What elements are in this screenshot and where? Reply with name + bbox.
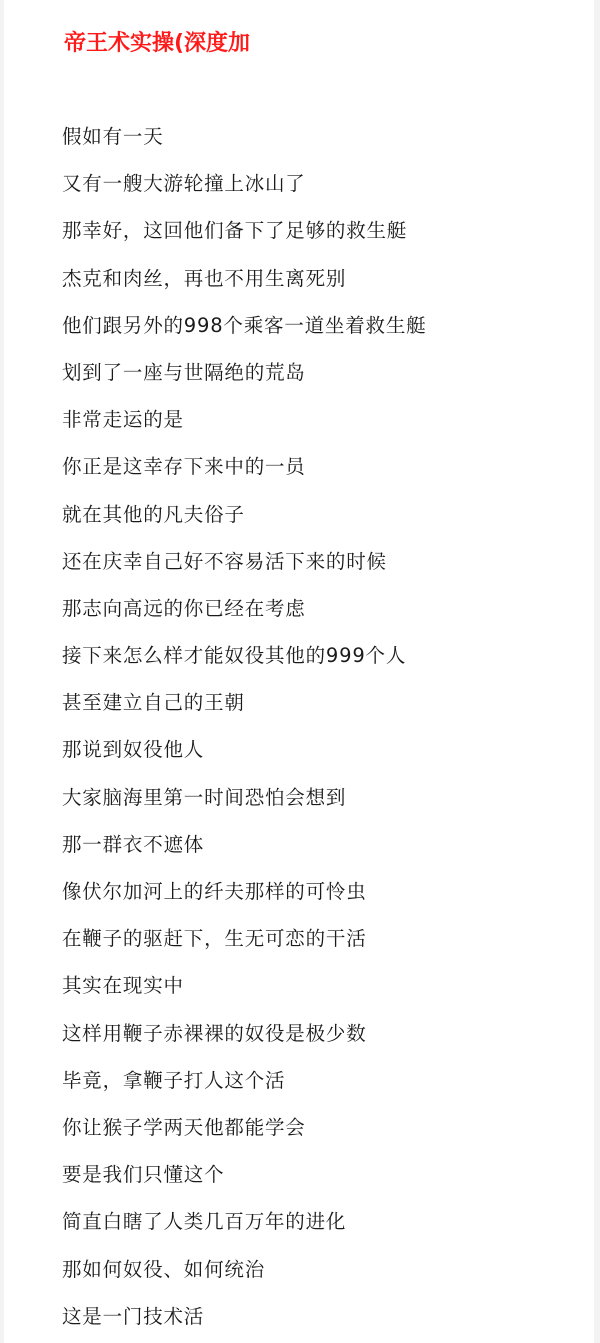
text-line: 那幸好，这回他们备下了足够的救生艇 (62, 216, 582, 263)
text-line: 就在其他的凡夫俗子 (62, 500, 582, 547)
text-line: 这样用鞭子赤裸裸的奴役是极少数 (62, 1019, 582, 1066)
text-line: 接下来怎么样才能奴役其他的999个人 (62, 641, 582, 688)
text-line: 大家脑海里第一时间恐怕会想到 (62, 783, 582, 830)
text-line: 你让猴子学两天他都能学会 (62, 1113, 582, 1160)
text-line: 他们跟另外的998个乘客一道坐着救生艇 (62, 311, 582, 358)
document-page: 帝王术实操(深度加 假如有一天 又有一艘大游轮撞上冰山了 那幸好，这回他们备下了… (4, 0, 594, 1343)
text-line: 划到了一座与世隔绝的荒岛 (62, 358, 582, 405)
text-line: 要是我们只懂这个 (62, 1160, 582, 1207)
text-line: 毕竟，拿鞭子打人这个活 (62, 1066, 582, 1113)
text-line: 非常走运的是 (62, 405, 582, 452)
text-line: 那志向高远的你已经在考虑 (62, 594, 582, 641)
text-line: 那如何奴役、如何统治 (62, 1255, 582, 1302)
text-line: 简直白瞎了人类几百万年的进化 (62, 1207, 582, 1254)
text-line: 在鞭子的驱赶下，生无可恋的干活 (62, 924, 582, 971)
text-body: 假如有一天 又有一艘大游轮撞上冰山了 那幸好，这回他们备下了足够的救生艇 杰克和… (62, 122, 582, 1343)
text-line: 甚至建立自己的王朝 (62, 688, 582, 735)
text-line: 其实在现实中 (62, 971, 582, 1018)
text-line: 还在庆幸自己好不容易活下来的时候 (62, 547, 582, 594)
text-line: 又有一艘大游轮撞上冰山了 (62, 169, 582, 216)
text-line: 你正是这幸存下来中的一员 (62, 452, 582, 499)
text-line: 假如有一天 (62, 122, 582, 169)
text-line: 杰克和肉丝，再也不用生离死别 (62, 264, 582, 311)
text-line: 这是一门技术活 (62, 1302, 582, 1343)
text-line: 那说到奴役他人 (62, 735, 582, 782)
document-title: 帝王术实操(深度加 (64, 30, 250, 58)
text-line: 那一群衣不遮体 (62, 830, 582, 877)
text-line: 像伏尔加河上的纤夫那样的可怜虫 (62, 877, 582, 924)
